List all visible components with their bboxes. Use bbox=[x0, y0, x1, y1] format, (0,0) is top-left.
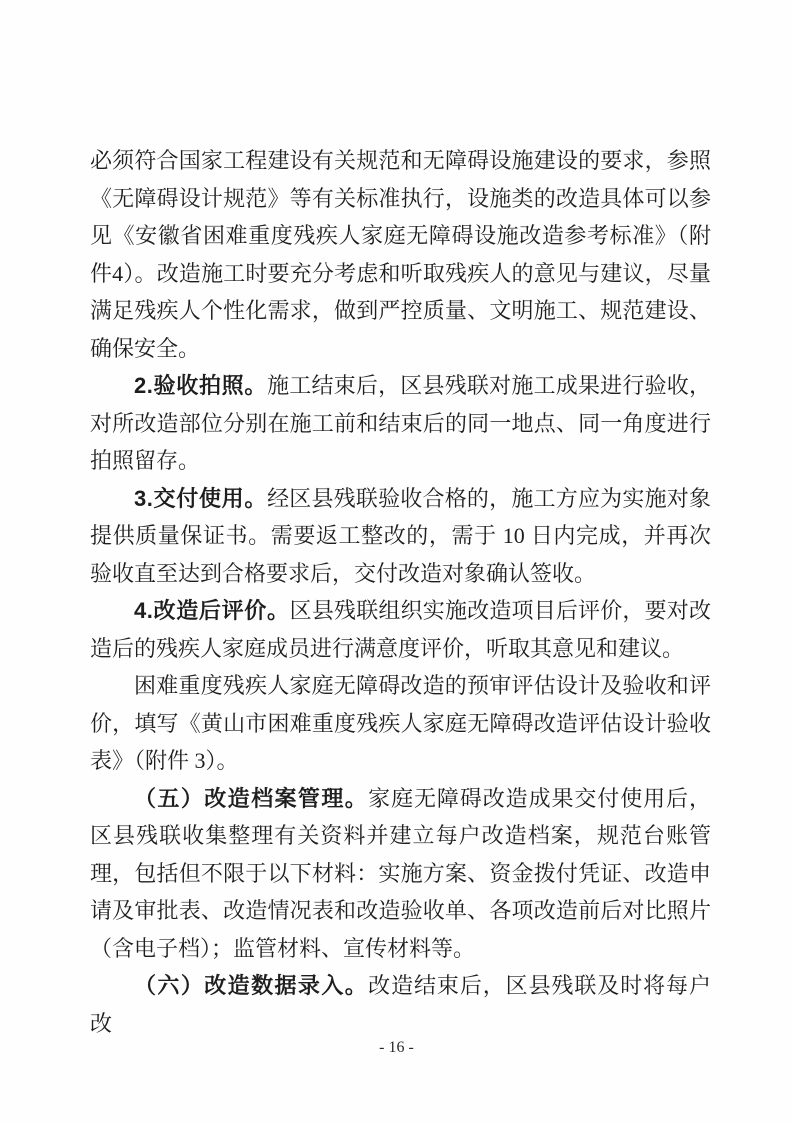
paragraph-3: 3.交付使用。经区县残联验收合格的，施工方应为实施对象提供质量保证书。需要返工整… bbox=[90, 480, 711, 593]
paragraph-6-lead: （五）改造档案管理。 bbox=[134, 786, 368, 811]
paragraph-6: （五）改造档案管理。家庭无障碍改造成果交付使用后，区县残联收集整理有关资料并建立… bbox=[90, 780, 711, 968]
paragraph-5-text: 困难重度残疾人家庭无障碍改造的预审评估设计及验收和评价，填写《黄山市困难重度残疾… bbox=[90, 673, 711, 773]
document-page: 必须符合国家工程建设有关规范和无障碍设施建设的要求，参照《无障碍设计规范》等有关… bbox=[0, 0, 793, 1122]
document-body: 必须符合国家工程建设有关规范和无障碍设施建设的要求，参照《无障碍设计规范》等有关… bbox=[90, 142, 711, 1042]
paragraph-7: （六）改造数据录入。改造结束后，区县残联及时将每户改 bbox=[90, 967, 711, 1042]
paragraph-4: 4.改造后评价。区县残联组织实施改造项目后评价，要对改造后的残疾人家庭成员进行满… bbox=[90, 592, 711, 667]
paragraph-5: 困难重度残疾人家庭无障碍改造的预审评估设计及验收和评价，填写《黄山市困难重度残疾… bbox=[90, 667, 711, 780]
paragraph-6-text: 家庭无障碍改造成果交付使用后，区县残联收集整理有关资料并建立每户改造档案，规范台… bbox=[90, 786, 711, 961]
paragraph-2-lead: 2.验收拍照。 bbox=[134, 373, 267, 398]
paragraph-2: 2.验收拍照。施工结束后，区县残联对施工成果进行验收，对所改造部位分别在施工前和… bbox=[90, 367, 711, 480]
paragraph-7-lead: （六）改造数据录入。 bbox=[134, 973, 368, 998]
paragraph-3-lead: 3.交付使用。 bbox=[134, 486, 267, 511]
paragraph-1: 必须符合国家工程建设有关规范和无障碍设施建设的要求，参照《无障碍设计规范》等有关… bbox=[90, 142, 711, 367]
paragraph-1-text: 必须符合国家工程建设有关规范和无障碍设施建设的要求，参照《无障碍设计规范》等有关… bbox=[90, 148, 711, 361]
page-number: - 16 - bbox=[379, 1039, 414, 1056]
page-footer: - 16 - bbox=[0, 1038, 793, 1058]
paragraph-4-lead: 4.改造后评价。 bbox=[134, 598, 290, 623]
